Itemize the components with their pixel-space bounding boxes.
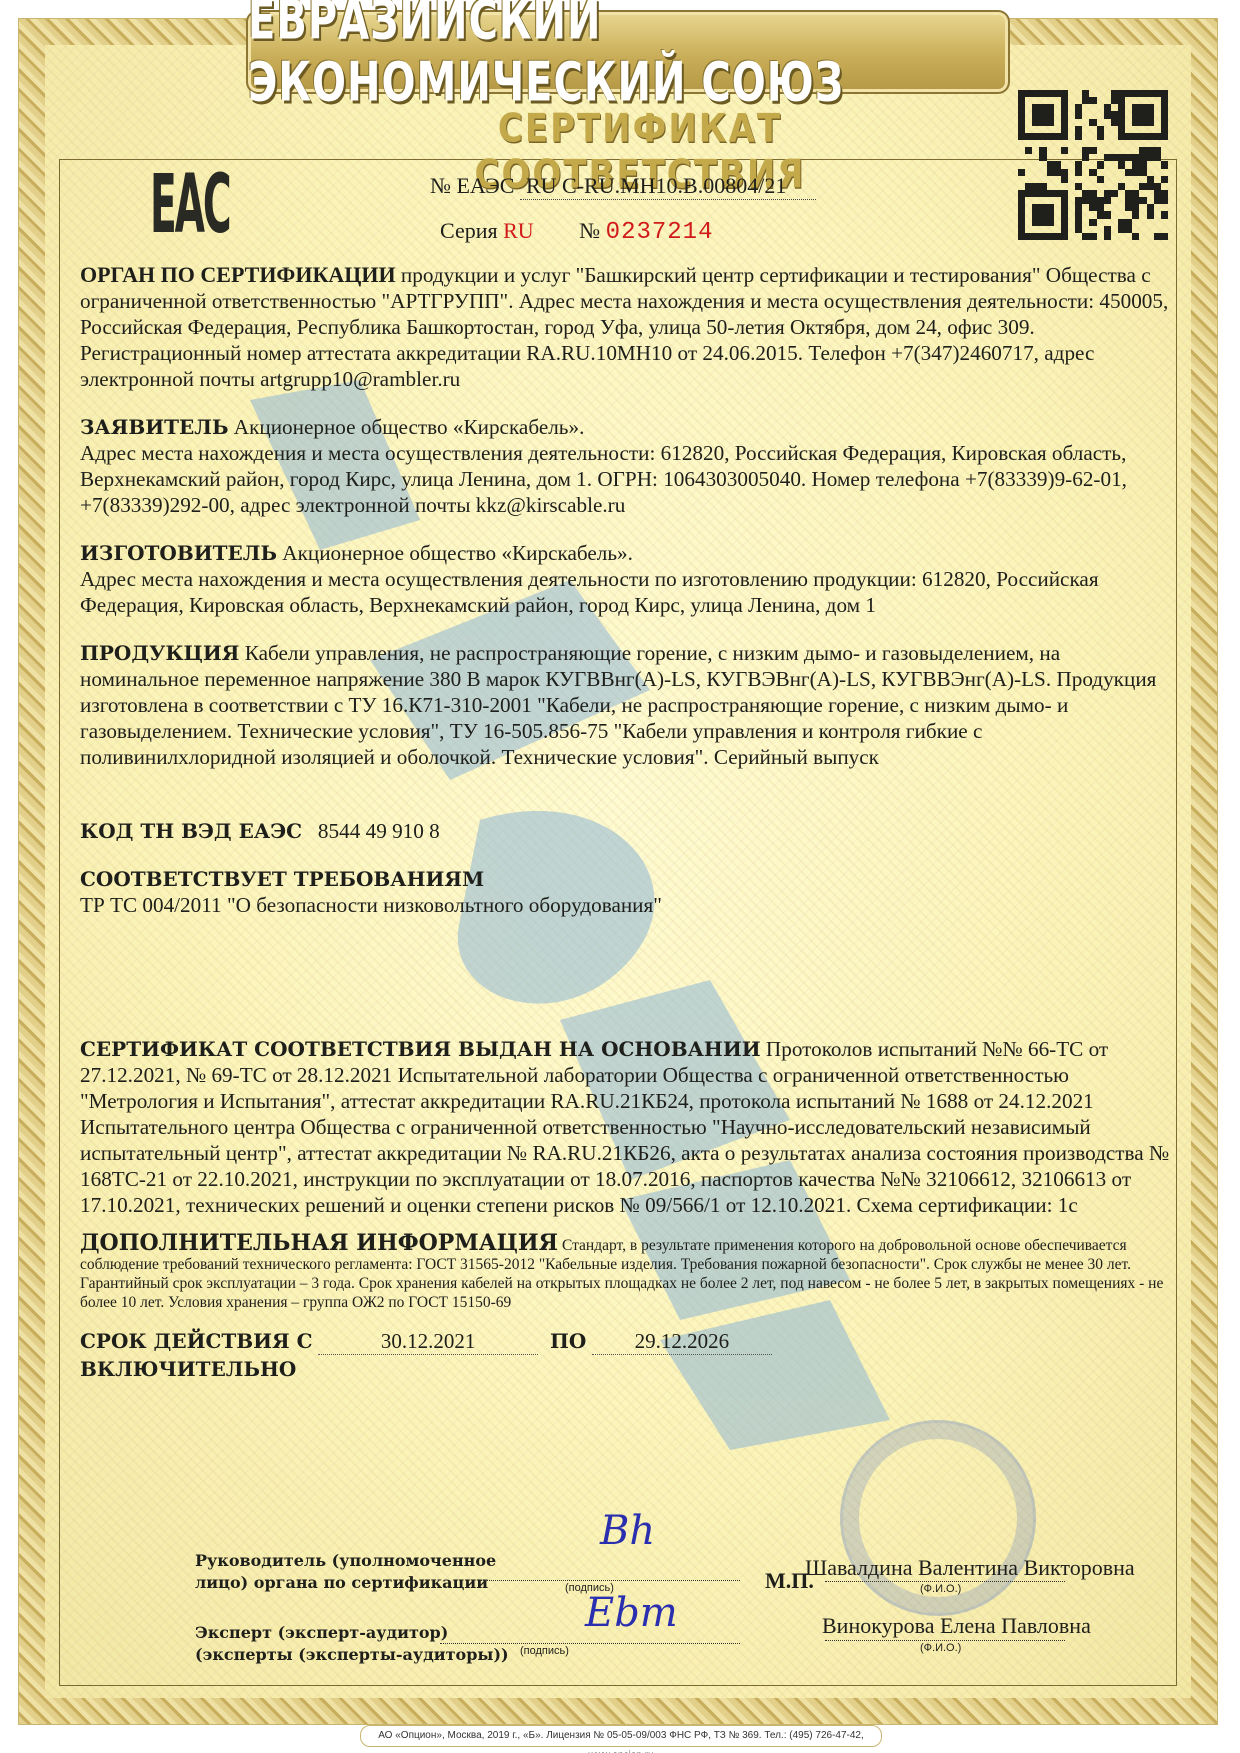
applicant-name: Акционерное общество «Кирскабель». [234, 415, 585, 439]
section-basis: СЕРТИФИКАТ СООТВЕТСТВИЯ ВЫДАН НА ОСНОВАН… [80, 1036, 1170, 1218]
manufacturer-name: Акционерное общество «Кирскабель». [282, 541, 633, 565]
head-signature-line [480, 1580, 740, 1581]
printer-imprint: АО «Опцион», Москва, 2019 г., «Б». Лицен… [360, 1725, 882, 1747]
head-name-line [825, 1581, 1065, 1582]
expert-signature-line [440, 1643, 740, 1644]
blank-no-value: 0237214 [606, 219, 714, 246]
head-name: Шавалдина Валентина Викторовна [805, 1555, 1135, 1581]
section-applicant: ЗАЯВИТЕЛЬ Акционерное общество «Кирскабе… [80, 414, 1170, 518]
expert-name: Винокурова Елена Павловна [822, 1613, 1091, 1639]
additional-label: ДОПОЛНИТЕЛЬНАЯ ИНФОРМАЦИЯ [80, 1230, 558, 1256]
conforms-text: ТР ТС 004/2011 "О безопасности низковоль… [80, 892, 1170, 918]
union-title: ЕВРАЗИЙСКИЙ ЭКОНОМИЧЕСКИЙ СОЮЗ [248, 0, 1008, 114]
series-value: RU [503, 218, 534, 243]
validity-to: ПО 29.12.2026 [550, 1328, 772, 1355]
series-line: Серия RU № 0237214 [440, 218, 714, 246]
validity-inclusive-label: ВКЛЮЧИТЕЛЬНО [80, 1356, 296, 1382]
applicant-text: Адрес места нахождения и места осуществл… [80, 441, 1127, 517]
expert-signatory-label: Эксперт (эксперт-аудитор) (эксперты (экс… [195, 1622, 509, 1666]
certificate-number: № ЕАЭС RU C-RU.МН10.В.00804/21 [430, 173, 816, 200]
conforms-label: СООТВЕТСТВУЕТ ТРЕБОВАНИЯМ [80, 866, 1170, 892]
hs-code-label: КОД ТН ВЭД ЕАЭС [80, 819, 302, 843]
product-label: ПРОДУКЦИЯ [80, 641, 239, 665]
union-title-banner: ЕВРАЗИЙСКИЙ ЭКОНОМИЧЕСКИЙ СОЮЗ [246, 10, 1010, 94]
product-text: Кабели управления, не распространяющие г… [80, 641, 1156, 769]
validity-from-date: 30.12.2021 [318, 1328, 538, 1355]
expert-fio-caption: (Ф.И.О.) [920, 1642, 961, 1654]
certificate-body: ОРГАН ПО СЕРТИФИКАЦИИ продукции и услуг … [80, 262, 1170, 1386]
head-label-line-1: Руководитель (уполномоченное [195, 1550, 496, 1572]
head-fio-caption: (Ф.И.О.) [920, 1583, 961, 1595]
number-prefix: № ЕАЭС [430, 173, 514, 198]
section-hs-code: КОД ТН ВЭД ЕАЭС 8544 49 910 8 [80, 818, 1170, 844]
section-product: ПРОДУКЦИЯ Кабели управления, не распрост… [80, 640, 1170, 770]
expert-signature-icon: Ebm [585, 1590, 678, 1636]
manufacturer-label: ИЗГОТОВИТЕЛЬ [80, 541, 277, 565]
expert-name-line [825, 1640, 1065, 1641]
number-value: RU C-RU.МН10.В.00804/21 [520, 173, 816, 200]
certification-body-label: ОРГАН ПО СЕРТИФИКАЦИИ [80, 262, 396, 287]
section-additional: ДОПОЛНИТЕЛЬНАЯ ИНФОРМАЦИЯ Стандарт, в ре… [80, 1234, 1170, 1312]
expert-label-line-1: Эксперт (эксперт-аудитор) [195, 1622, 509, 1644]
manufacturer-text: Адрес места нахождения и места осуществл… [80, 567, 1099, 617]
qr-code-icon [1018, 90, 1168, 240]
validity-from: СРОК ДЕЙСТВИЯ С 30.12.2021 [80, 1328, 538, 1355]
expert-signature-caption: (подпись) [520, 1645, 569, 1657]
hs-code-value: 8544 49 910 8 [318, 819, 440, 843]
applicant-label: ЗАЯВИТЕЛЬ [80, 415, 228, 439]
expert-label-line-2: (эксперты (эксперты-аудиторы)) [195, 1644, 509, 1666]
validity-to-date: 29.12.2026 [592, 1328, 772, 1355]
section-conforms: СООТВЕТСТВУЕТ ТРЕБОВАНИЯМ ТР ТС 004/2011… [80, 866, 1170, 918]
head-signatory-label: Руководитель (уполномоченное лицо) орган… [195, 1550, 496, 1594]
blank-no-label: № [579, 218, 600, 243]
eac-logo-icon: EAC [150, 158, 230, 252]
head-signature-icon: Bh [600, 1508, 655, 1554]
validity-period: СРОК ДЕЙСТВИЯ С 30.12.2021 ПО 29.12.2026… [80, 1328, 1170, 1386]
basis-text: Протоколов испытаний №№ 66-ТС от 27.12.2… [80, 1037, 1169, 1217]
basis-label: СЕРТИФИКАТ СООТВЕТСТВИЯ ВЫДАН НА ОСНОВАН… [80, 1037, 761, 1061]
validity-to-label: ПО [550, 1329, 586, 1353]
section-certification-body: ОРГАН ПО СЕРТИФИКАЦИИ продукции и услуг … [80, 262, 1170, 392]
series-label: Серия [440, 218, 498, 243]
head-label-line-2: лицо) органа по сертификации [195, 1572, 496, 1594]
section-manufacturer: ИЗГОТОВИТЕЛЬ Акционерное общество «Кирск… [80, 540, 1170, 618]
validity-from-label: СРОК ДЕЙСТВИЯ С [80, 1329, 313, 1353]
